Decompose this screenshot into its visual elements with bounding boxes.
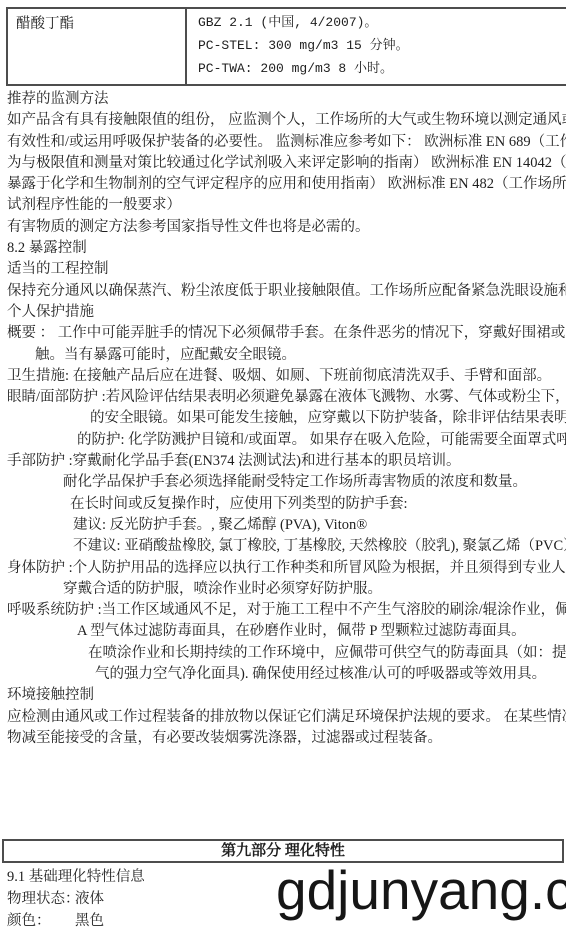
body-text-line: 耐化学品保护手套必须选择能耐受特定工作场所毒害物质的浓度和数量。 bbox=[7, 472, 566, 493]
limit-line-gbz: GBZ 2.1 (中国, 4/2007)。 bbox=[198, 11, 566, 34]
property-value: 液体 bbox=[75, 891, 104, 907]
body-text-line: 试剂程序性能的一般要求） bbox=[7, 195, 566, 216]
table-row: 醋酸丁酯 GBZ 2.1 (中国, 4/2007)。 PC-STEL: 300 … bbox=[7, 8, 566, 85]
body-text-line: 身体防护 :个人防护用品的选择应以执行工作种类和所冒风险为根据，并且须得到专业人… bbox=[7, 558, 566, 579]
body-text-block: 推荐的监测方法如产品含有具有接触限值的组份， 应监测个人，工作场所的大气或生物环… bbox=[0, 86, 566, 749]
body-text-line: 有害物质的测定方法参考国家指导性文件也将是必需的。 bbox=[7, 217, 566, 238]
body-text-line: 如产品含有具有接触限值的组份， 应监测个人，工作场所的大气或生物环境以测定通风或… bbox=[7, 110, 566, 131]
body-text-line: 建议: 反光防护手套。, 聚乙烯醇 (PVA), Viton® bbox=[7, 515, 566, 536]
body-text-line: 推荐的监测方法 bbox=[7, 89, 566, 110]
body-text-line: 的防护: 化学防溅护目镜和/或面罩。 如果存在吸入危险，可能需要全面罩式呼吸器。 bbox=[7, 430, 566, 451]
body-text-line: 适当的工程控制 bbox=[7, 259, 566, 280]
exposure-limit-cell: GBZ 2.1 (中国, 4/2007)。 PC-STEL: 300 mg/m3… bbox=[186, 8, 566, 85]
limit-line-pc-stel: PC-STEL: 300 mg/m3 15 分钟。 bbox=[198, 34, 566, 57]
body-text-line: 在喷涂作业和长期持续的工作环境中，应佩带可供空气的防毒面具（如：提供新鲜压缩空 bbox=[7, 643, 566, 664]
body-text-line: A 型气体过滤防毒面具，在砂磨作业时，佩带 P 型颗粒过滤防毒面具。 bbox=[7, 621, 566, 642]
body-text-line: 个人保护措施 bbox=[7, 302, 566, 323]
exposure-limits-table: 醋酸丁酯 GBZ 2.1 (中国, 4/2007)。 PC-STEL: 300 … bbox=[6, 7, 566, 86]
body-text-line: 呼吸系统防护 :当工作区域通风不足，对于施工工程中不产生气溶胶的刷涂/辊涂作业，… bbox=[7, 600, 566, 621]
property-value: 黑色 bbox=[75, 913, 104, 929]
substance-name-cell: 醋酸丁酯 bbox=[7, 8, 186, 85]
watermark-text: gdjunyang.c bbox=[276, 858, 566, 922]
body-text-line: 应检测由通风或工作过程装备的排放物以保证它们满足环境保护法规的要求。 在某些情况… bbox=[7, 707, 566, 728]
property-label: 颜色： bbox=[7, 910, 75, 930]
body-text-line: 暴露于化学和生物制剂的空气评定程序的应用和使用指南） 欧洲标准 EN 482（工… bbox=[7, 174, 566, 195]
body-text-line: 在长时间或反复操作时，应使用下列类型的防护手套: bbox=[7, 494, 566, 515]
body-text-line: 气的强力空气净化面具). 确保使用经过核准/认可的呼吸器或等效用具。 bbox=[7, 664, 566, 685]
body-text-line: 环境接触控制 bbox=[7, 685, 566, 706]
body-text-line: 不建议: 亚硝酸盐橡胶, 氯丁橡胶, 丁基橡胶, 天然橡胶（胶乳), 聚氯乙烯（… bbox=[7, 536, 566, 557]
body-text-line: 眼睛/面部防护 :若风险评估结果表明必须避免暴露在液体飞溅物、水雾、气体或粉尘下… bbox=[7, 387, 566, 408]
body-text-line: 物减至能接受的含量，有必要改装烟雾洗涤器，过滤器或过程装备。 bbox=[7, 728, 566, 749]
body-text-line: 的安全眼镜。如果可能发生接触，应穿戴以下防护装备，除非评估结果表明需要更高程度 bbox=[7, 408, 566, 429]
property-label: 物理状态： bbox=[7, 888, 75, 910]
body-text-line: 保持充分通风以确保蒸汽、粉尘浓度低于职业接触限值。工作场所应配备紧急洗眼设施和毛… bbox=[7, 281, 566, 302]
body-text-line: 概要 ： 工作中可能弄脏手的情况下必须佩带手套。在条件恶劣的情况下，穿戴好围裙或… bbox=[7, 323, 566, 344]
section9-title: 第九部分 理化特性 bbox=[221, 843, 345, 859]
body-text-line: 8.2 暴露控制 bbox=[7, 238, 566, 259]
body-text-line: 卫生措施: 在接触产品后应在进餐、吸烟、如厕、下班前彻底清洗双手、手臂和面部。 bbox=[7, 366, 566, 387]
body-text-line: 为与极限值和测量对策比较通过化学试剂吸入来评定影响的指南） 欧洲标准 EN 14… bbox=[7, 153, 566, 174]
body-text-line: 有效性和/或运用呼吸保护装备的必要性。 监测标准应参考如下： 欧洲标准 EN 6… bbox=[7, 132, 566, 153]
body-text-line: 穿戴合适的防护服，喷涂作业时必须穿好防护服。 bbox=[7, 579, 566, 600]
body-text-line: 触。当有暴露可能时，应配戴安全眼镜。 bbox=[7, 345, 566, 366]
body-text-line: 手部防护 :穿戴耐化学品手套(EN374 法测试法)和进行基本的职员培训。 bbox=[7, 451, 566, 472]
limit-line-pc-twa: PC-TWA: 200 mg/m3 8 小时。 bbox=[198, 57, 566, 80]
sds-document-page: 醋酸丁酯 GBZ 2.1 (中国, 4/2007)。 PC-STEL: 300 … bbox=[0, 0, 566, 930]
